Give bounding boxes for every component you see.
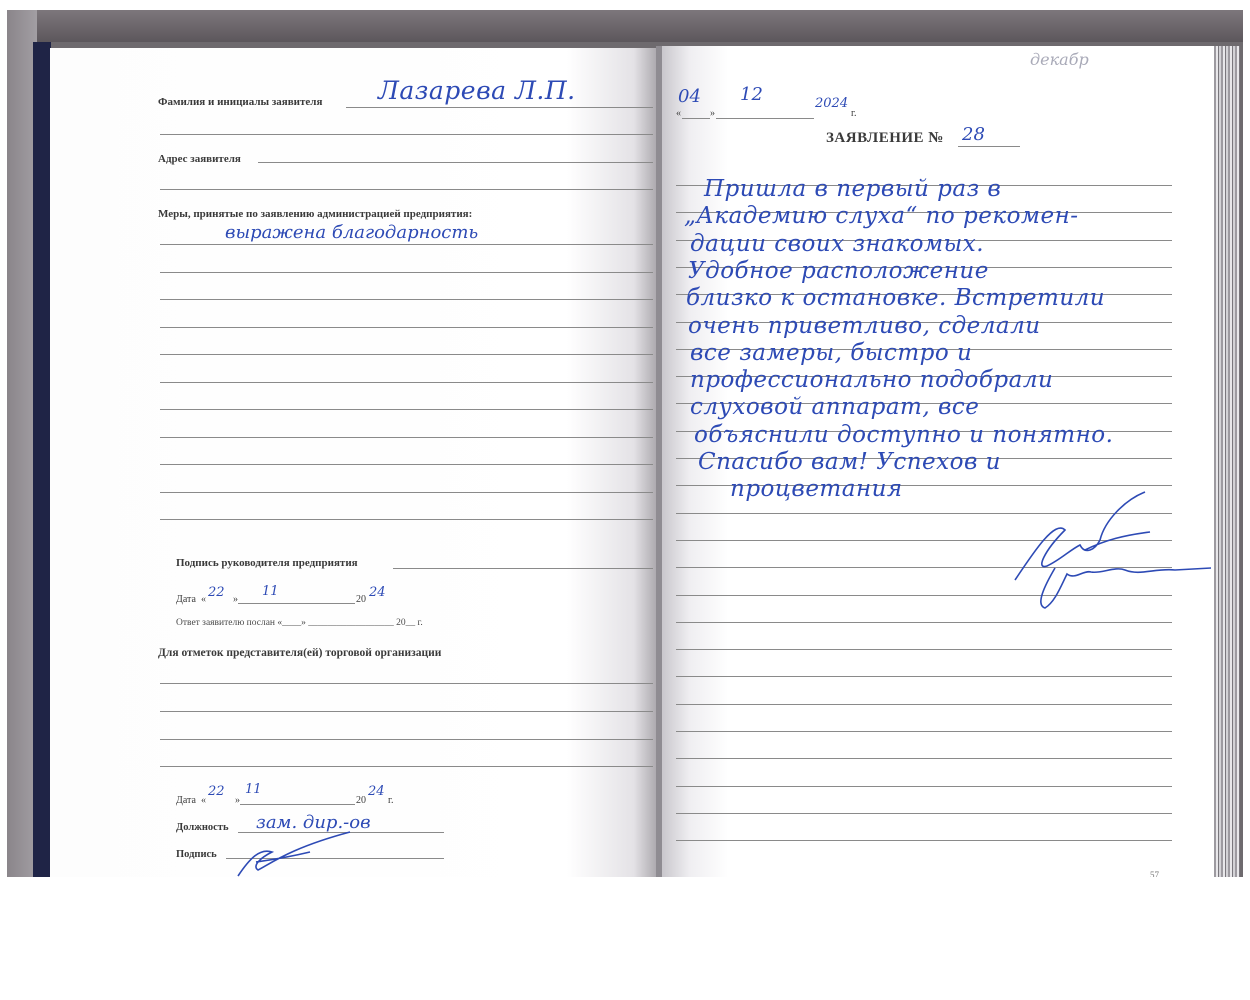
application-number-line [958, 146, 1020, 147]
position-label: Должность [176, 822, 229, 833]
ruled-line [160, 683, 653, 684]
body-line: объяснили доступно и понятно. [694, 422, 1113, 448]
ruled-line [676, 676, 1172, 677]
ruled-line [160, 189, 653, 190]
date-suffix: г. [851, 108, 856, 119]
ruled-line [676, 704, 1172, 705]
body-line: близко к остановке. Встретили [686, 285, 1105, 311]
ruled-line [160, 766, 653, 767]
measures-label: Меры, принятые по заявлению администраци… [158, 208, 472, 220]
ruled-line [160, 244, 653, 245]
reply-sent-label: Ответ заявителю послан «____» __________… [176, 618, 423, 628]
rep-date-label: Дата [176, 795, 196, 806]
page-number: 57 [1150, 870, 1159, 877]
quote-open: « [201, 795, 206, 806]
date-day-line [682, 118, 710, 119]
book-binding-left [33, 42, 51, 877]
applicant-name-label: Фамилия и инициалы заявителя [158, 96, 322, 108]
ruled-line [160, 272, 653, 273]
date-label: Дата [176, 594, 196, 605]
month-pencil-note: декабр [1030, 50, 1089, 69]
body-line: „Академию слуха“ по рекомен- [684, 203, 1079, 229]
quote-open: « [201, 594, 206, 605]
body-line: процветания [730, 476, 903, 502]
applicant-signature-scribble [975, 490, 1215, 620]
rep-date-suffix: г. [388, 795, 393, 806]
ruled-line [676, 758, 1172, 759]
applicant-name-value: Лазарева Л.П. [378, 76, 576, 105]
ruled-line [676, 840, 1172, 841]
date-month-line [716, 118, 814, 119]
ruled-line [160, 382, 653, 383]
rep-date-month-line [240, 804, 355, 805]
book-cover-top-edge [7, 10, 1243, 42]
date-day-value: 22 [208, 585, 225, 600]
quote-close: » [710, 108, 715, 119]
ruled-line [160, 354, 653, 355]
date-month-value: 12 [740, 84, 763, 105]
ruled-line [676, 622, 1172, 623]
ruled-line [676, 649, 1172, 650]
application-number-value: 28 [962, 124, 985, 145]
quote-open: « [676, 108, 681, 119]
ruled-line [160, 739, 653, 740]
ruled-line [160, 327, 653, 328]
left-page [50, 48, 658, 877]
measures-value: выражена благодарность [225, 222, 478, 243]
trade-org-section-label: Для отметок представителя(ей) торговой о… [158, 647, 441, 659]
ruled-line [160, 519, 653, 520]
ruled-line [160, 437, 653, 438]
rep-date-month-value: 11 [245, 782, 262, 797]
manager-signature-label: Подпись руководителя предприятия [176, 557, 358, 569]
rep-date-day-value: 22 [208, 784, 225, 799]
rep-date-year-value: 24 [368, 784, 385, 799]
date-year-value: 24 [369, 585, 386, 600]
ruled-line [160, 299, 653, 300]
body-line: очень приветливо, сделали [688, 313, 1041, 339]
signature-label: Подпись [176, 849, 217, 860]
applicant-address-line [258, 162, 653, 163]
date-month-line [238, 603, 355, 604]
ruled-line [160, 464, 653, 465]
body-line: Спасибо вам! Успехов и [698, 449, 1001, 475]
ruled-line [676, 731, 1172, 732]
body-line: слуховой аппарат, все [690, 394, 979, 420]
body-line: все замеры, быстро и [690, 340, 972, 366]
date-year-value: 2024 [815, 96, 848, 111]
ruled-line [676, 786, 1172, 787]
ruled-line [160, 409, 653, 410]
date-month-value: 11 [262, 584, 279, 599]
applicant-name-line [346, 107, 653, 108]
date-day-value: 04 [678, 86, 701, 107]
rep-signature-scribble [230, 818, 360, 880]
manager-signature-line [393, 568, 653, 569]
applicant-address-label: Адрес заявителя [158, 153, 241, 165]
ruled-line [676, 813, 1172, 814]
book-page-edges [1214, 46, 1240, 877]
ruled-line [160, 711, 653, 712]
ruled-line [160, 134, 653, 135]
body-line: дации своих знакомых. [690, 231, 984, 257]
rep-date-year-prefix: 20 [356, 795, 366, 806]
body-line: Удобное расположение [688, 258, 989, 284]
date-year-prefix: 20 [356, 594, 366, 605]
ruled-line [160, 492, 653, 493]
application-title: ЗАЯВЛЕНИЕ № [826, 130, 944, 147]
body-line: профессионально подобрали [690, 367, 1053, 393]
body-line: Пришла в первый раз в [704, 176, 1001, 202]
